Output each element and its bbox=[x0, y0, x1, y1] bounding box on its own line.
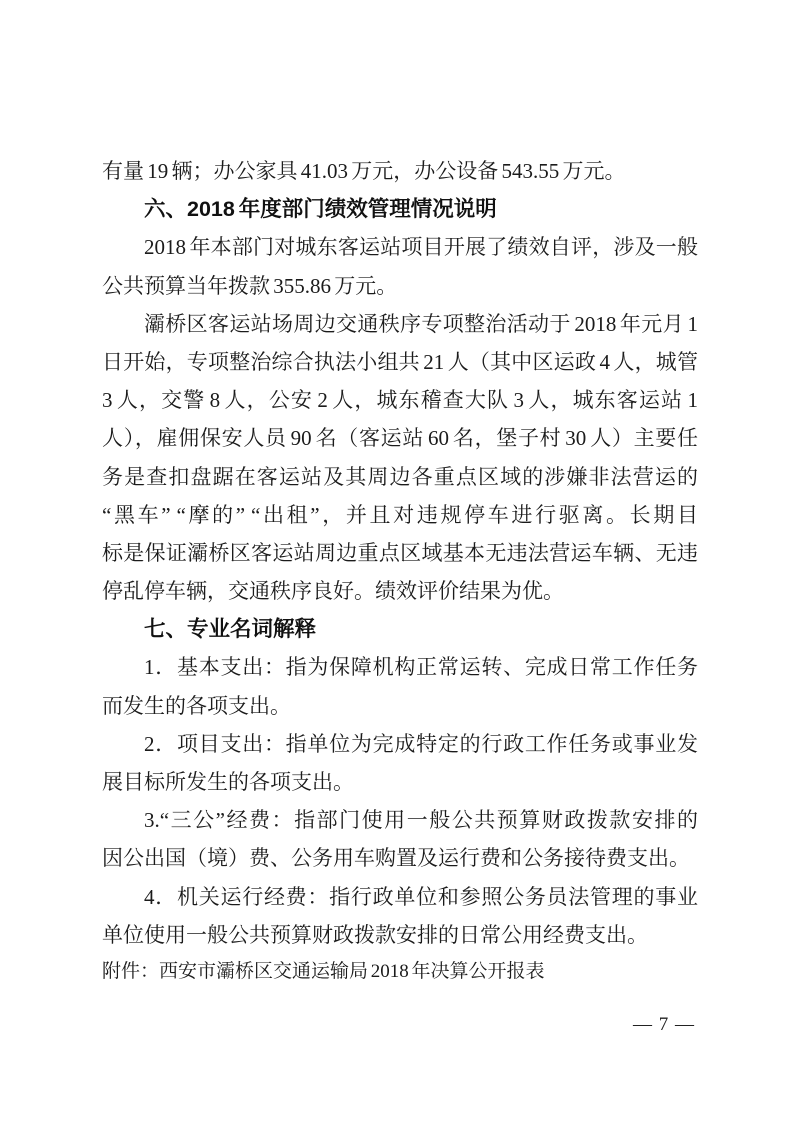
term-basic-expenditure-paragraph-line-2: 而发生的各项支出。 bbox=[102, 687, 698, 725]
attachment-note: 附件：西安市灞桥区交通运输局 2018 年决算公开报表 bbox=[102, 956, 698, 988]
page-number: — 7 — bbox=[633, 1012, 695, 1038]
term-three-public-funds-paragraph-line-1: 3.“三公”经费：指部门使用一般公共预算财政拨款安排的 bbox=[102, 801, 698, 839]
performance-selfeval-paragraph-line-2: 公共预算当年拨款 355.86 万元。 bbox=[102, 267, 698, 305]
term-project-expenditure-paragraph-line-2: 展目标所发生的各项支出。 bbox=[102, 763, 698, 801]
special-rectification-paragraph-line-4: 人），雇佣保安人员 90 名（客运站 60 名，堡子村 30 人）主要任 bbox=[102, 419, 698, 457]
term-project-expenditure-paragraph-line-1: 2．项目支出：指单位为完成特定的行政工作任务或事业发 bbox=[102, 725, 698, 763]
special-rectification-paragraph-line-6: “黑车” “摩的” “出租”，并且对违规停车进行驱离。长期目 bbox=[102, 496, 698, 534]
section-heading-7: 七、专业名词解释 bbox=[102, 610, 698, 648]
special-rectification-paragraph-line-8: 停乱停车辆，交通秩序良好。绩效评价结果为优。 bbox=[102, 572, 698, 610]
special-rectification-paragraph-line-5: 务是查扣盘踞在客运站及其周边各重点区域的涉嫌非法营运的 bbox=[102, 458, 698, 496]
term-basic-expenditure-paragraph-line-1: 1．基本支出：指为保障机构正常运转、完成日常工作任务 bbox=[102, 648, 698, 686]
special-rectification-paragraph-line-1: 灞桥区客运站场周边交通秩序专项整治活动于 2018 年元月 1 bbox=[102, 305, 698, 343]
performance-selfeval-paragraph-line-1: 2018 年本部门对城东客运站项目开展了绩效自评，涉及一般 bbox=[102, 228, 698, 266]
special-rectification-paragraph-line-7: 标是保证灞桥区客运站周边重点区域基本无违法营运车辆、无违 bbox=[102, 534, 698, 572]
term-agency-operating-funds-paragraph-line-2: 单位使用一般公共预算财政拨款安排的日常公用经费支出。 bbox=[102, 916, 698, 954]
carryover-paragraph: 有量 19 辆；办公家具 41.03 万元，办公设备 543.55 万元。 bbox=[102, 152, 698, 190]
section-heading-6: 六、2018 年度部门绩效管理情况说明 bbox=[102, 190, 698, 228]
term-agency-operating-funds-paragraph-line-1: 4．机关运行经费：指行政单位和参照公务员法管理的事业 bbox=[102, 878, 698, 916]
document-body: 有量 19 辆；办公家具 41.03 万元，办公设备 543.55 万元。六、2… bbox=[102, 152, 698, 988]
document-page: 有量 19 辆；办公家具 41.03 万元，办公设备 543.55 万元。六、2… bbox=[0, 0, 793, 1122]
special-rectification-paragraph-line-3: 3 人，交警 8 人，公安 2 人，城东稽查大队 3 人，城东客运站 1 bbox=[102, 381, 698, 419]
term-three-public-funds-paragraph-line-2: 因公出国（境）费、公务用车购置及运行费和公务接待费支出。 bbox=[102, 839, 698, 877]
special-rectification-paragraph-line-2: 日开始，专项整治综合执法小组共 21 人（其中区运政 4 人，城管 bbox=[102, 343, 698, 381]
